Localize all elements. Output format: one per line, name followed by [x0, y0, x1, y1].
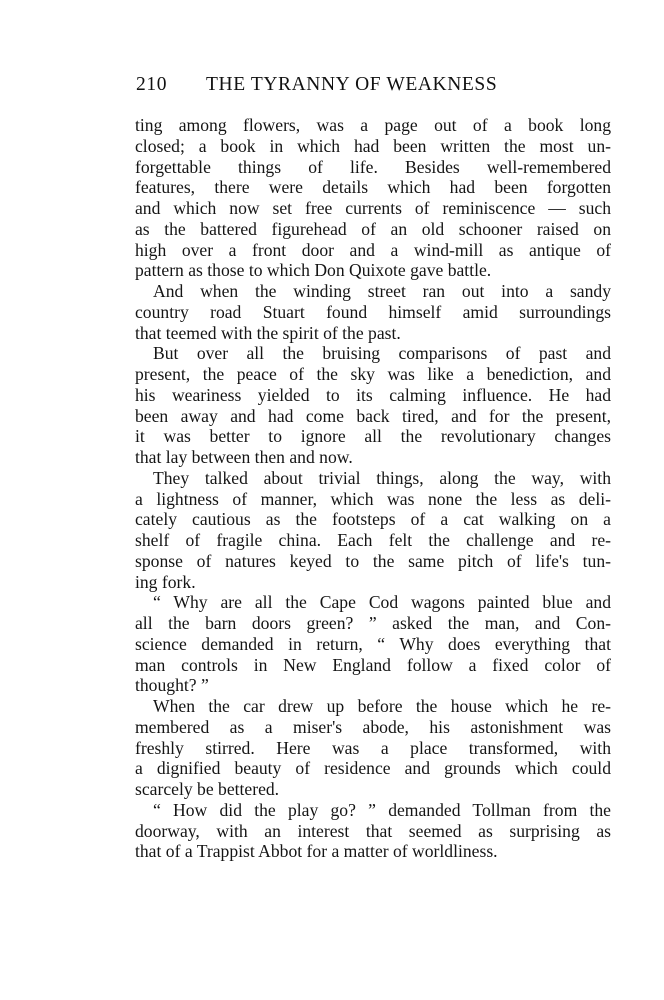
text-line: as the battered figurehead of an old sch… [135, 219, 611, 240]
text-line: membered as a miser's abode, his astonis… [135, 717, 611, 738]
text-line: pattern as those to which Don Quixote ga… [135, 260, 611, 281]
text-line: forgettable things of life. Besides well… [135, 157, 611, 178]
text-line: But over all the bruising comparisons of… [135, 343, 611, 364]
text-line: been away and had come back tired, and f… [135, 406, 611, 427]
text-line: “ Why are all the Cape Cod wagons painte… [135, 592, 611, 613]
text-line: all the barn doors green? ” asked the ma… [135, 613, 611, 634]
text-line: When the car drew up before the house wh… [135, 696, 611, 717]
book-page: 210THE TYRANNY OF WEAKNESS ting among fl… [0, 0, 664, 1000]
text-line: They talked about trivial things, along … [135, 468, 611, 489]
text-line: science demanded in return, “ Why does e… [135, 634, 611, 655]
text-line: high over a front door and a wind-mill a… [135, 240, 611, 261]
text-line: that lay between then and now. [135, 447, 611, 468]
running-title: THE TYRANNY OF WEAKNESS [206, 74, 497, 95]
text-line: present, the peace of the sky was like a… [135, 364, 611, 385]
text-line: and which now set free currents of remin… [135, 198, 611, 219]
text-line: it was better to ignore all the revoluti… [135, 426, 611, 447]
text-line: a lightness of manner, which was none th… [135, 489, 611, 510]
text-line: And when the winding street ran out into… [135, 281, 611, 302]
text-line: freshly stirred. Here was a place transf… [135, 738, 611, 759]
text-line: cately cautious as the footsteps of a ca… [135, 509, 611, 530]
text-line: ing fork. [135, 572, 611, 593]
text-line: scarcely be bettered. [135, 779, 611, 800]
text-line: features, there were details which had b… [135, 177, 611, 198]
page-number: 210 [136, 74, 206, 96]
text-line: ting among flowers, was a page out of a … [135, 115, 611, 136]
text-line: that of a Trappist Abbot for a matter of… [135, 841, 611, 862]
text-line: a dignified beauty of residence and grou… [135, 758, 611, 779]
running-header: 210THE TYRANNY OF WEAKNESS [136, 74, 616, 98]
text-line: closed; a book in which had been written… [135, 136, 611, 157]
text-line: thought? ” [135, 675, 611, 696]
body-text: ting among flowers, was a page out of a … [135, 115, 611, 862]
text-line: man controls in New England follow a fix… [135, 655, 611, 676]
text-line: shelf of fragile china. Each felt the ch… [135, 530, 611, 551]
text-line: “ How did the play go? ” demanded Tollma… [135, 800, 611, 821]
text-line: doorway, with an interest that seemed as… [135, 821, 611, 842]
text-line: that teemed with the spirit of the past. [135, 323, 611, 344]
text-line: country road Stuart found himself amid s… [135, 302, 611, 323]
text-line: sponse of natures keyed to the same pitc… [135, 551, 611, 572]
text-line: his weariness yielded to its calming inf… [135, 385, 611, 406]
